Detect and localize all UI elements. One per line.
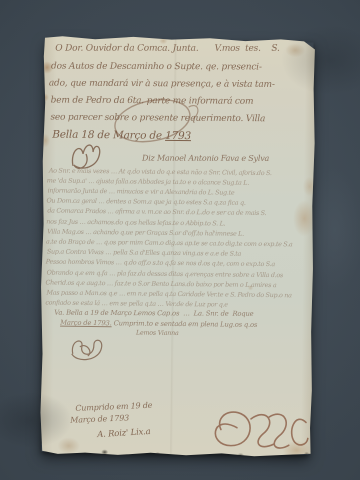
body-line: Mas passo a Man.os q.e … em n.e pella q.…	[46, 289, 291, 300]
closing-date: Março de 1793.	[60, 319, 112, 328]
body-line: Ou Dom.ca geral … dentes a Som.a que ja …	[46, 197, 245, 207]
body-line: Obrando q.e em q.fa … pla faz.da dessas …	[47, 269, 283, 280]
despacho-line: O Dor. Ouvidor da Comca. Junta. V.mos te…	[55, 44, 279, 54]
date-circle-flourish	[106, 92, 203, 149]
registration-note-line: Março de 1793	[70, 413, 129, 424]
photo-of-manuscript: O Dor. Ouvidor da Comca. Junta. V.mos te…	[0, 0, 360, 480]
registrar-signature: A. Roiz' Lix.a	[97, 427, 151, 440]
body-line: Cherid.os q.e aug.to … faz.te o S.or Ben…	[46, 279, 277, 290]
body-line: Sup.a Contra Vivas … pella S.a d'Elles q…	[47, 248, 241, 258]
body-line: confiado se esta lá … em se pella q.ta ……	[45, 299, 228, 309]
body-line: a.te do Braço de … q.os por mim Cam.o di…	[46, 238, 292, 249]
body-line: Ao Snr. e mais vezes … At q.do vista do …	[49, 167, 272, 178]
closing-line: Março de 1793. Cumprim.to e sentada em p…	[60, 319, 257, 329]
body-line: me 'da Sup.a' … ajusta falla.os Abbades …	[47, 177, 249, 187]
manuscript-page: O Dor. Ouvidor da Comca. Junta. V.mos te…	[39, 35, 317, 457]
body-line: da Comarca Prados … afirma a v. m.ce ao …	[47, 207, 266, 217]
closing-line: Lemos Vianna	[136, 330, 179, 337]
body-line: informarão Junta de … minucios e vir a A…	[48, 187, 235, 197]
closing-line: Va. Bella a 19 de Março Lemos Cap.os … L…	[54, 309, 253, 318]
body-line: Villa Mag.os … achando q.ue per Graças S…	[47, 228, 244, 238]
grand-signature-flourish	[207, 405, 312, 454]
rubric-lower-flourish	[68, 332, 112, 364]
body-line: nos faz Jus … achamos.do q.os hellas lef…	[46, 218, 225, 228]
closing-rest: Cumprim.to e sentada em plena Lug.os q.o…	[112, 319, 258, 329]
paper-sheet: O Dor. Ouvidor da Comca. Junta. V.mos te…	[39, 35, 317, 457]
registration-note-line: Cumprido em 19 de	[75, 401, 152, 413]
body-line: Pessoa hombros Vimos … q.do aff.o s.to q…	[46, 258, 275, 269]
despacho-line: dos Autos de Descaminho o Supte. qe. pre…	[51, 62, 262, 73]
despacho-line: ado, que mandará vir à sua presença, e à…	[49, 79, 275, 90]
petition-opening-line: Diz Manoel Antonio Fava e Sylva	[142, 154, 269, 163]
